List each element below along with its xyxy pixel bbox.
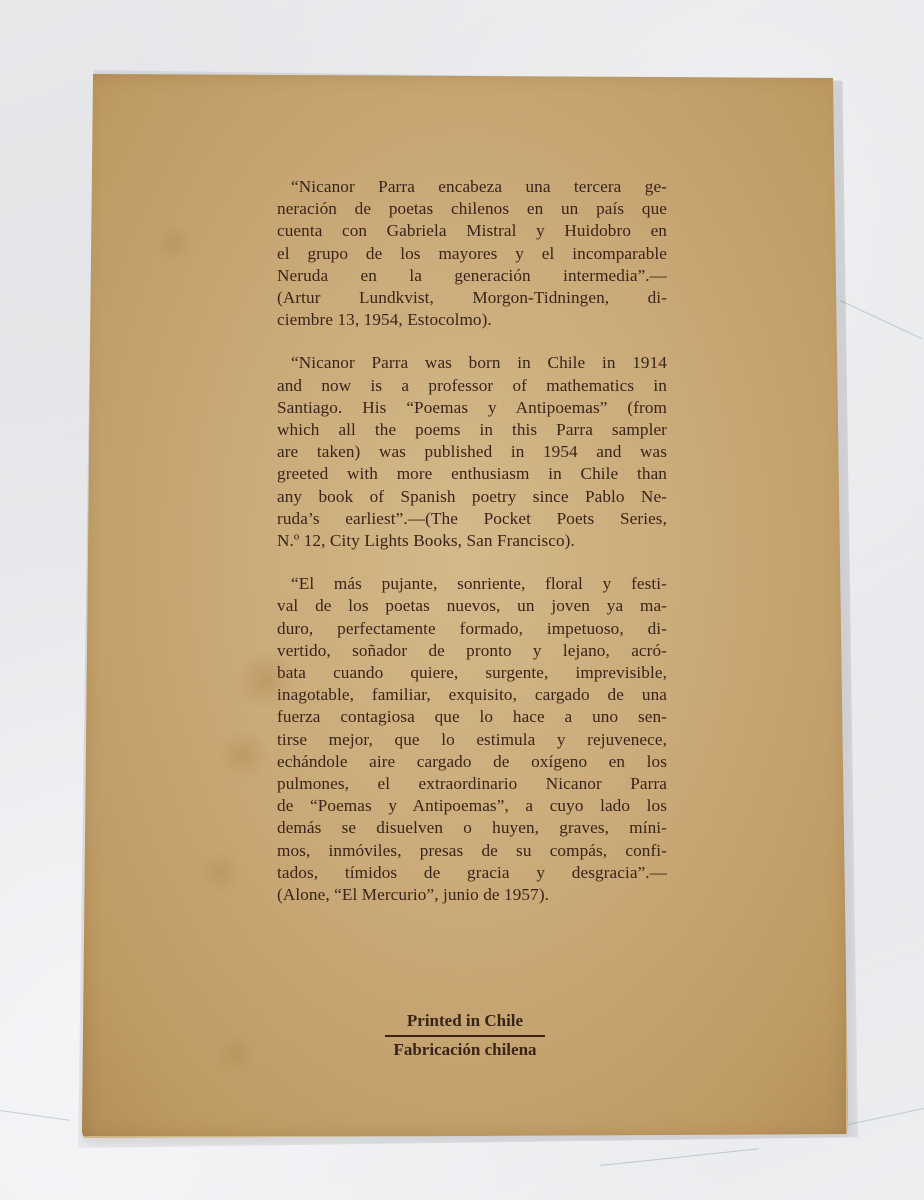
blurb-line: pulmones, el extraordinario Nicanor Parr… xyxy=(277,773,667,795)
blurb-text-block: “Nicanor Parra encabeza una tercera ge-n… xyxy=(277,176,667,927)
blurb-line: and now is a professor of mathematics in xyxy=(277,375,667,397)
surface-crack xyxy=(840,300,922,339)
blurb-line: “Nicanor Parra encabeza una tercera ge- xyxy=(277,176,667,198)
blurb-paragraph: “Nicanor Parra encabeza una tercera ge-n… xyxy=(277,176,667,331)
blurb-line: ruda’s earliest”.—(The Pocket Poets Seri… xyxy=(277,508,667,530)
blurb-line: el grupo de los mayores y el incomparabl… xyxy=(277,243,667,265)
blurb-line: bata cuando quiere, surgente, imprevisib… xyxy=(277,662,667,684)
surface-crack xyxy=(600,1148,759,1166)
imprint-block: Printed in Chile Fabricación chilena xyxy=(385,1010,545,1061)
blurb-line: echándole aire cargado de oxígeno en los xyxy=(277,751,667,773)
imprint-spanish: Fabricación chilena xyxy=(385,1039,545,1061)
blurb-line: are taken) was published in 1954 and was xyxy=(277,441,667,463)
blurb-line: (Artur Lundkvist, Morgon-Tidningen, di- xyxy=(277,287,667,309)
imprint-english: Printed in Chile xyxy=(385,1010,545,1032)
blurb-line: de “Poemas y Antipoemas”, a cuyo lado lo… xyxy=(277,795,667,817)
imprint-divider xyxy=(385,1035,545,1037)
blurb-line: neración de poetas chilenos en un país q… xyxy=(277,198,667,220)
blurb-line: tirse mejor, que lo estimula y rejuvenec… xyxy=(277,729,667,751)
blurb-line: vertido, soñador de pronto y lejano, acr… xyxy=(277,640,667,662)
blurb-line: any book of Spanish poetry since Pablo N… xyxy=(277,486,667,508)
surface-crack xyxy=(0,1110,69,1121)
blurb-line: “Nicanor Parra was born in Chile in 1914 xyxy=(277,352,667,374)
blurb-line: cuenta con Gabriela Mistral y Huidobro e… xyxy=(277,220,667,242)
blurb-line: fuerza contagiosa que lo hace a uno sen- xyxy=(277,706,667,728)
blurb-paragraph: “El más pujante, sonriente, floral y fes… xyxy=(277,573,667,906)
blurb-line: Neruda en la generación intermedia”.— xyxy=(277,265,667,287)
blurb-line: tados, tímidos de gracia y desgracia”.— xyxy=(277,862,667,884)
blurb-line: ciembre 13, 1954, Estocolmo). xyxy=(277,309,667,331)
blurb-line: val de los poetas nuevos, un joven ya ma… xyxy=(277,595,667,617)
blurb-line: duro, perfectamente formado, impetuoso, … xyxy=(277,618,667,640)
blurb-line: which all the poems in this Parra sample… xyxy=(277,419,667,441)
blurb-line: “El más pujante, sonriente, floral y fes… xyxy=(277,573,667,595)
blurb-line: mos, inmóviles, presas de su compás, con… xyxy=(277,840,667,862)
blurb-line: inagotable, familiar, exquisito, cargado… xyxy=(277,684,667,706)
blurb-paragraph: “Nicanor Parra was born in Chile in 1914… xyxy=(277,352,667,552)
blurb-line: greeted with more enthusiasm in Chile th… xyxy=(277,463,667,485)
blurb-line: N.º 12, City Lights Books, San Francisco… xyxy=(277,530,667,552)
blurb-line: Santiago. His “Poemas y Antipoemas” (fro… xyxy=(277,397,667,419)
blurb-line: (Alone, “El Mercurio”, junio de 1957). xyxy=(277,884,667,906)
blurb-line: demás se disuelven o huyen, graves, míni… xyxy=(277,817,667,839)
